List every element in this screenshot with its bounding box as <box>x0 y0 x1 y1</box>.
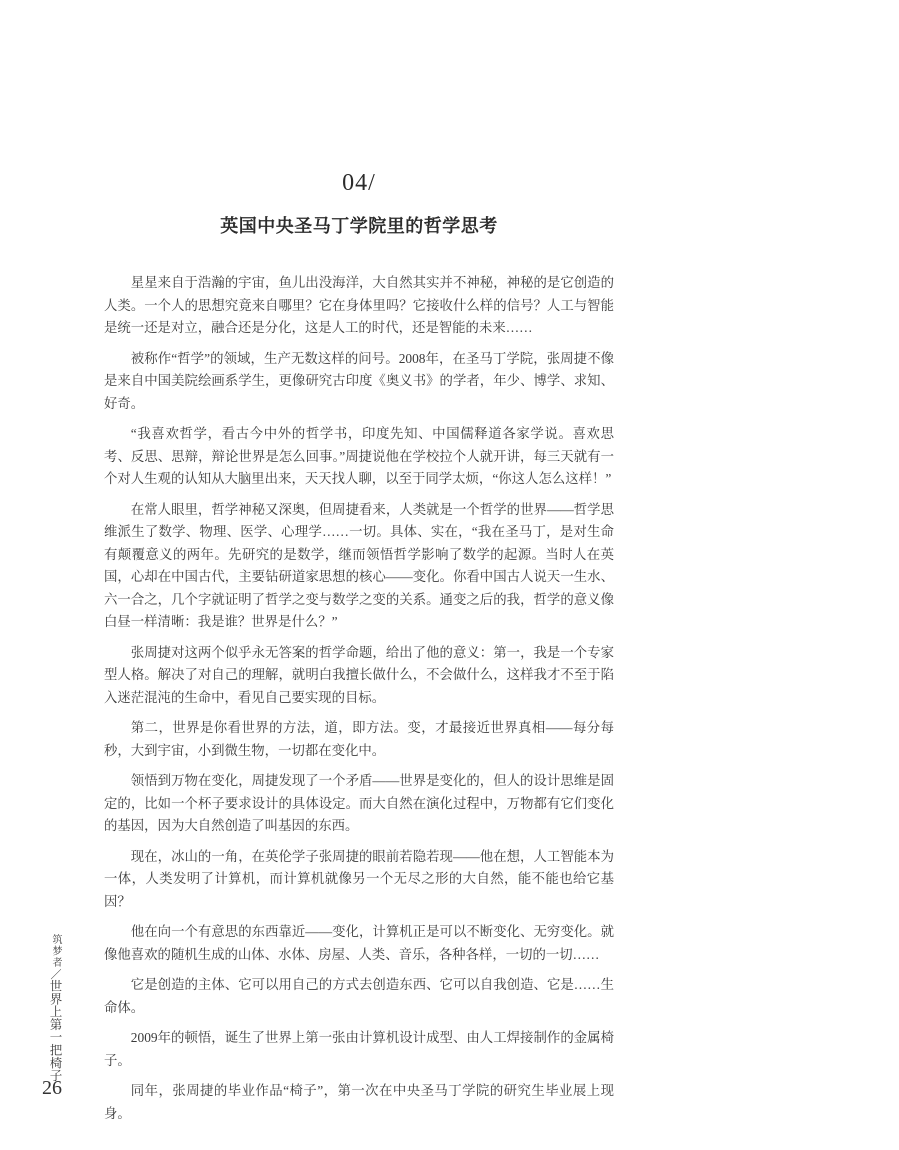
body-paragraph: 在常人眼里，哲学神秘又深奥，但周捷看来，人类就是一个哲学的世界——哲学思维派生了… <box>104 499 614 634</box>
chapter-number: 04/ <box>104 170 614 198</box>
body-paragraph: 2009年的顿悟，诞生了世界上第一张由计算机设计成型、由人工焊接制作的金属椅子。 <box>104 1027 614 1072</box>
spine-title-vertical: 筑梦者／世界上第一把椅子 <box>47 934 63 1082</box>
page-number: 26 <box>42 1077 62 1100</box>
chapter-title: 英国中央圣马丁学院里的哲学思考 <box>104 215 614 238</box>
body-paragraph: 星星来自于浩瀚的宇宙，鱼儿出没海洋，大自然其实并不神秘，神秘的是它创造的人类。一… <box>104 272 614 340</box>
spine-series-name: 筑梦者 <box>50 934 61 969</box>
spine-separator: ／ <box>49 969 61 980</box>
body-paragraph: 第二，世界是你看世界的方法，道，即方法。变，才最接近世界真相——每分每秒，大到宇… <box>104 717 614 762</box>
spine-book-title: 世界上第一把椅子 <box>48 980 62 1082</box>
body-paragraph: 张周捷对这两个似乎永无答案的哲学命题，给出了他的意义：第一，我是一个专家型人格。… <box>104 642 614 710</box>
body-paragraph: 被称作“哲学”的领域，生产无数这样的问号。2008年，在圣马丁学院，张周捷不像是… <box>104 348 614 416</box>
body-paragraph: 他在向一个有意思的东西靠近——变化，计算机正是可以不断变化、无穷变化。就像他喜欢… <box>104 921 614 966</box>
body-text: 星星来自于浩瀚的宇宙，鱼儿出没海洋，大自然其实并不神秘，神秘的是它创造的人类。一… <box>104 272 614 1133</box>
body-paragraph: 它是创造的主体、它可以用自己的方式去创造东西、它可以自我创造、它是……生命体。 <box>104 974 614 1019</box>
body-paragraph: “我喜欢哲学，看古今中外的哲学书，印度先知、中国儒释道各家学说。喜欢思考、反思、… <box>104 423 614 491</box>
body-paragraph: 现在，冰山的一角，在英伦学子张周捷的眼前若隐若现——他在想，人工智能本为一体，人… <box>104 846 614 914</box>
body-paragraph: 同年，张周捷的毕业作品“椅子”，第一次在中央圣马丁学院的研究生毕业展上现身。 <box>104 1080 614 1125</box>
book-page: 04/ 英国中央圣马丁学院里的哲学思考 星星来自于浩瀚的宇宙，鱼儿出没海洋，大自… <box>0 0 899 1150</box>
body-paragraph: 领悟到万物在变化，周捷发现了一个矛盾——世界是变化的，但人的设计思维是固定的，比… <box>104 770 614 838</box>
